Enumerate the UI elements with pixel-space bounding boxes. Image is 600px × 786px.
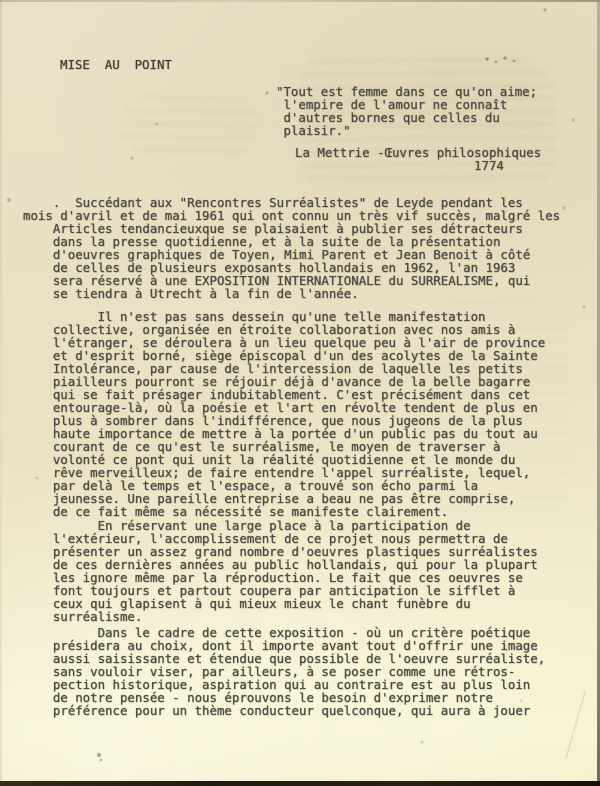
paragraph-4: Dans le cadre de cette exposition - où u… — [23, 626, 545, 717]
document-page: MISE AU POINT "Tout est femme dans ce qu… — [0, 0, 600, 786]
paper-edge-bottom — [0, 781, 600, 786]
show-through-marks — [119, 95, 260, 157]
paper-edge-top — [0, 0, 600, 2]
paper-crease — [565, 691, 585, 759]
paper-edge-left — [0, 0, 2, 786]
document-title: MISE AU POINT — [60, 58, 172, 71]
epigraph-attribution: La Mettrie -Œuvres philosophiques 1774 — [295, 146, 541, 172]
paragraph-3: En réservant une large place à la partic… — [23, 519, 538, 623]
epigraph-quote: "Tout est femme dans ce qu'on aime; l'em… — [276, 85, 537, 137]
paragraph-1: . Succédant aux "Rencontres Surréalistes… — [23, 196, 560, 300]
paragraph-2: Il n'est pas sans dessein qu'une telle m… — [23, 310, 545, 518]
